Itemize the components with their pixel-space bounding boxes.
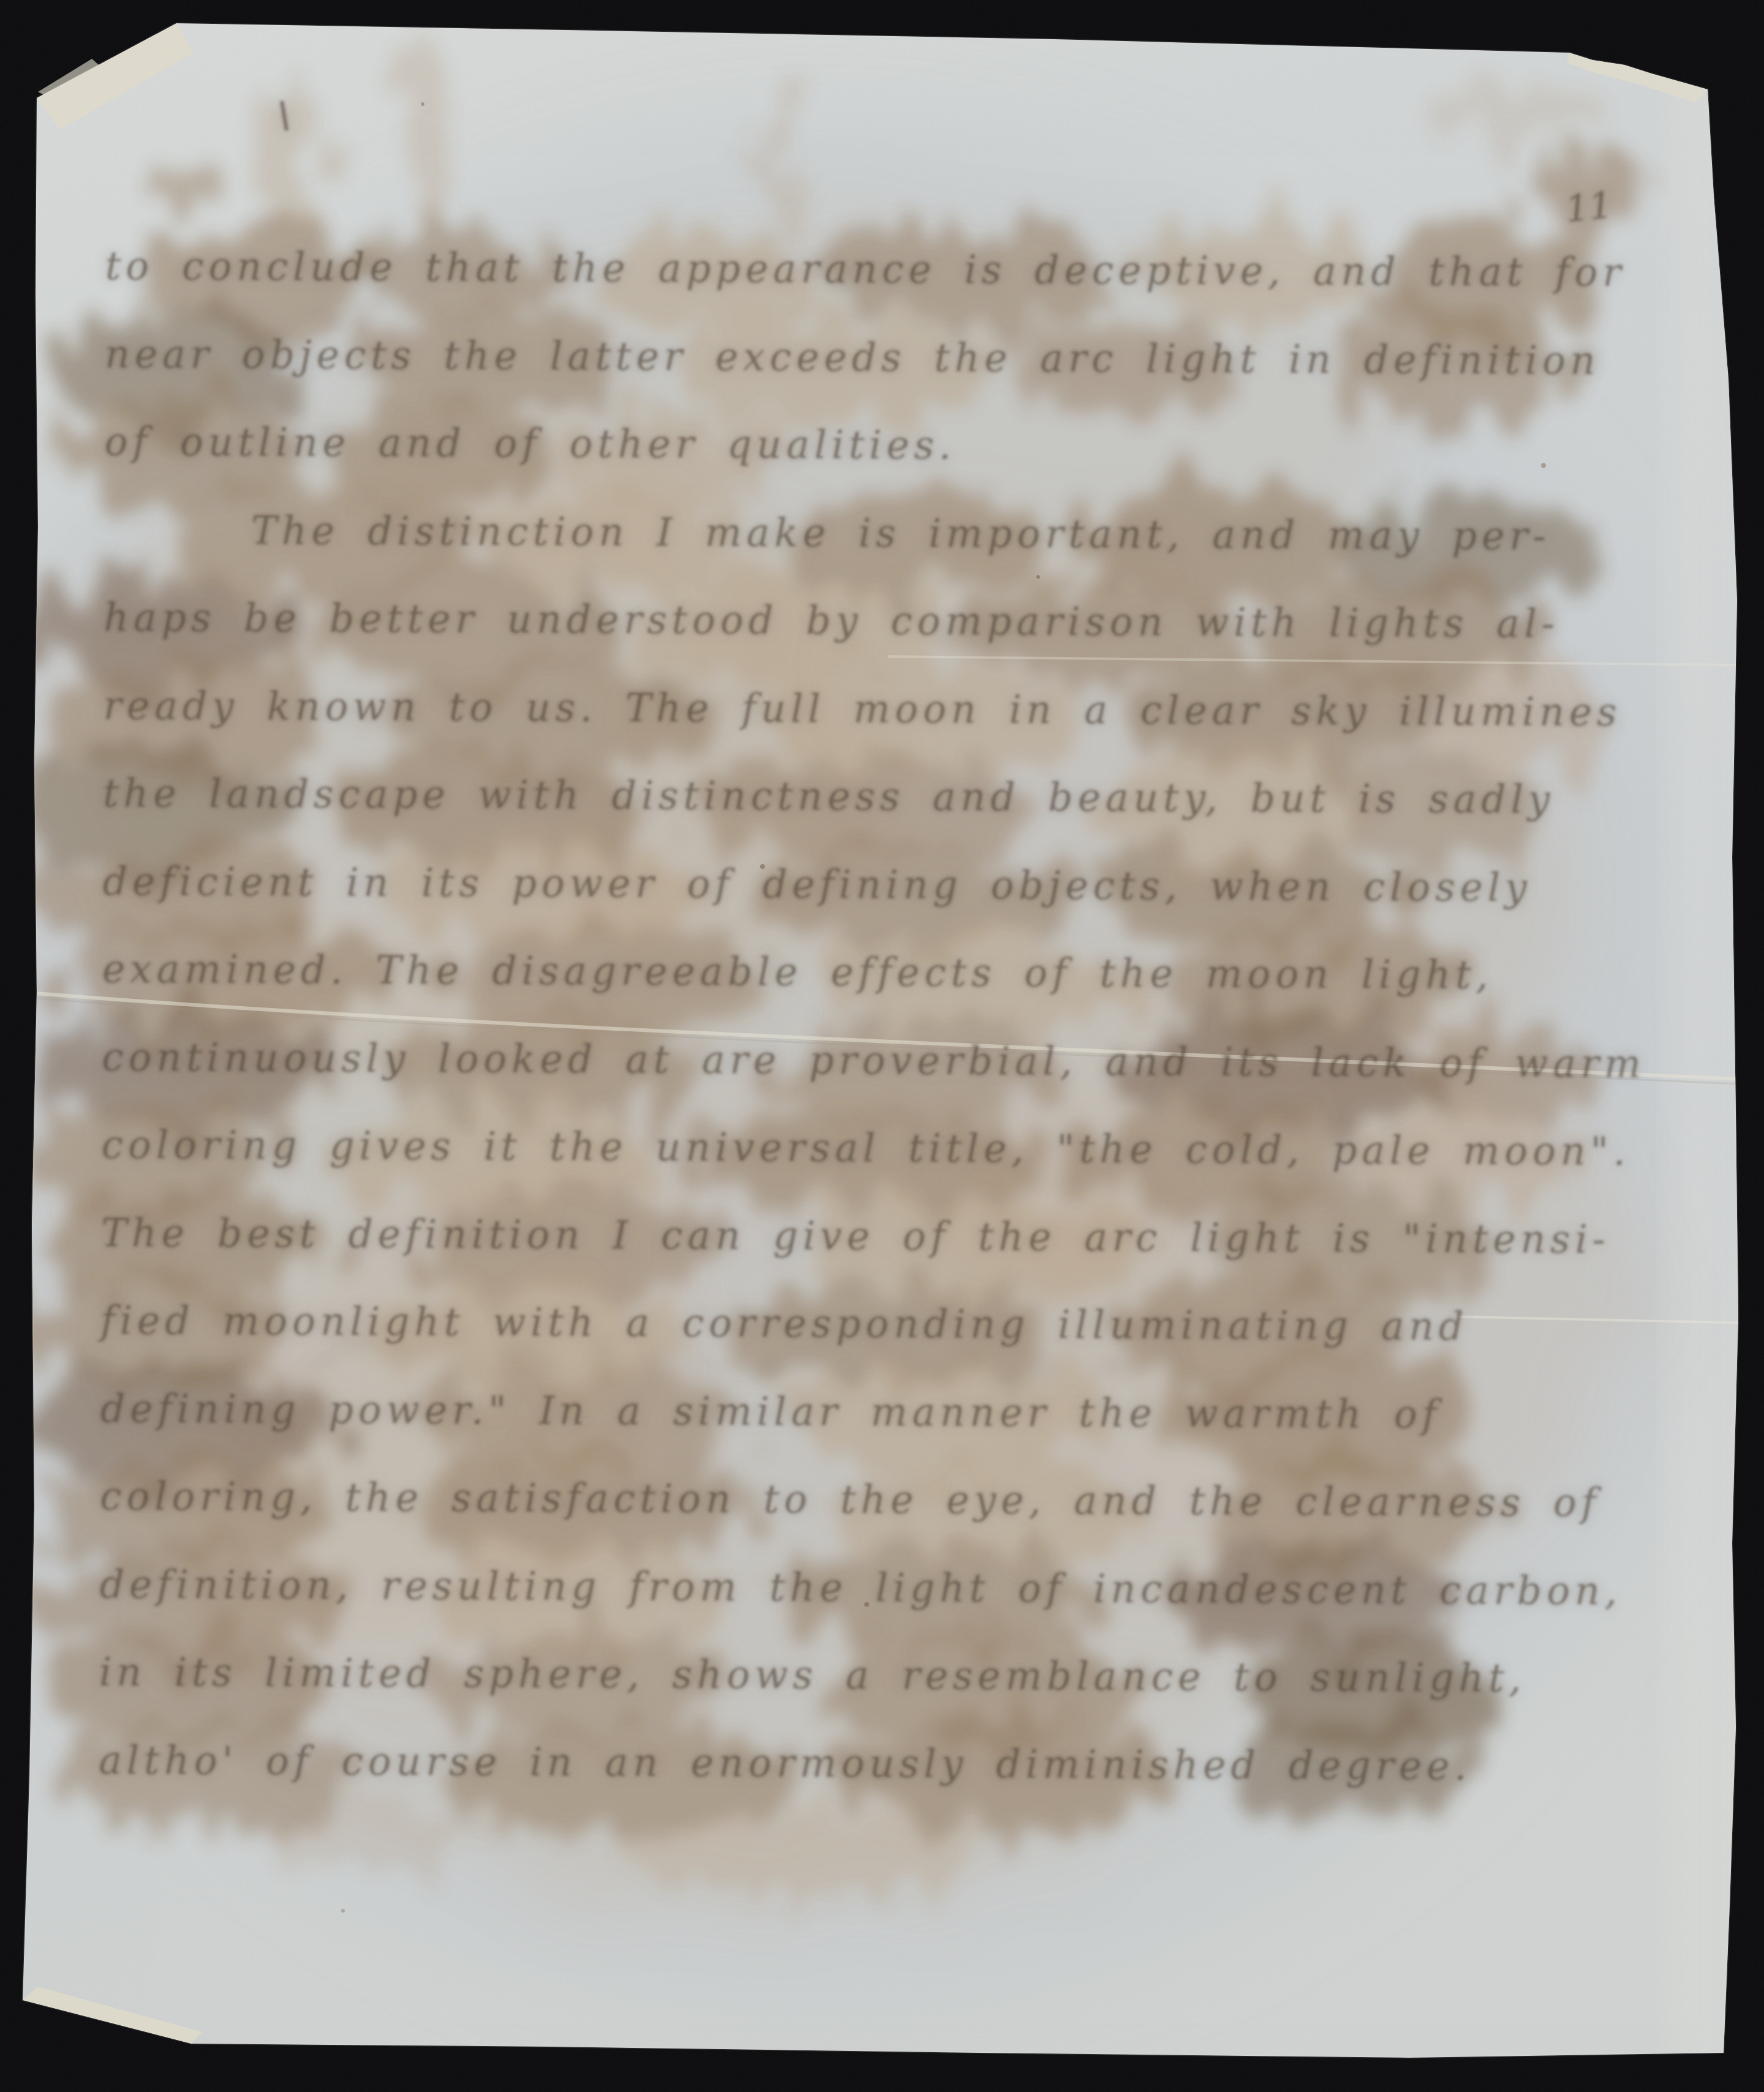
manuscript-line: defining power." In a similar manner the… bbox=[100, 1387, 1442, 1437]
manuscript-line: to conclude that the appearance is decep… bbox=[105, 244, 1626, 295]
manuscript-line: near objects the latter exceeds the arc … bbox=[105, 332, 1600, 383]
manuscript-line: the landscape with distinctness and beau… bbox=[103, 771, 1555, 822]
manuscript-line: coloring gives it the universal title, "… bbox=[102, 1123, 1630, 1174]
manuscript-line: ready known to us. The full moon in a cl… bbox=[104, 683, 1622, 735]
manuscript-line: deficient in its power of defining objec… bbox=[102, 859, 1531, 910]
manuscript-line: haps be better understood by comparison … bbox=[104, 595, 1559, 646]
manuscript-page-image: to conclude that the appearance is decep… bbox=[0, 0, 1764, 2092]
manuscript-line: coloring, the satisfaction to the eye, a… bbox=[100, 1474, 1602, 1526]
manuscript-line: continuously looked at are proverbial, a… bbox=[102, 1035, 1646, 1086]
manuscript-line: altho' of course in an enormously dimini… bbox=[99, 1738, 1471, 1789]
manuscript-line: definition, resulting from the light of … bbox=[99, 1562, 1621, 1614]
paper-sheet: to conclude that the appearance is decep… bbox=[0, 0, 1764, 2092]
manuscript-line: of outline and of other qualities. bbox=[105, 420, 956, 468]
page-number: 11 bbox=[1563, 184, 1614, 231]
manuscript-line: in its limited sphere, shows a resemblan… bbox=[99, 1650, 1526, 1701]
manuscript-line: examined. The disagreeable effects of th… bbox=[102, 947, 1493, 998]
manuscript-line: fied moonlight with a corresponding illu… bbox=[98, 1298, 1468, 1349]
manuscript-line: The distinction I make is important, and… bbox=[251, 508, 1551, 559]
photographed-manuscript: to conclude that the appearance is decep… bbox=[0, 0, 1764, 2092]
manuscript-line: The best definition I can give of the ar… bbox=[101, 1211, 1610, 1262]
